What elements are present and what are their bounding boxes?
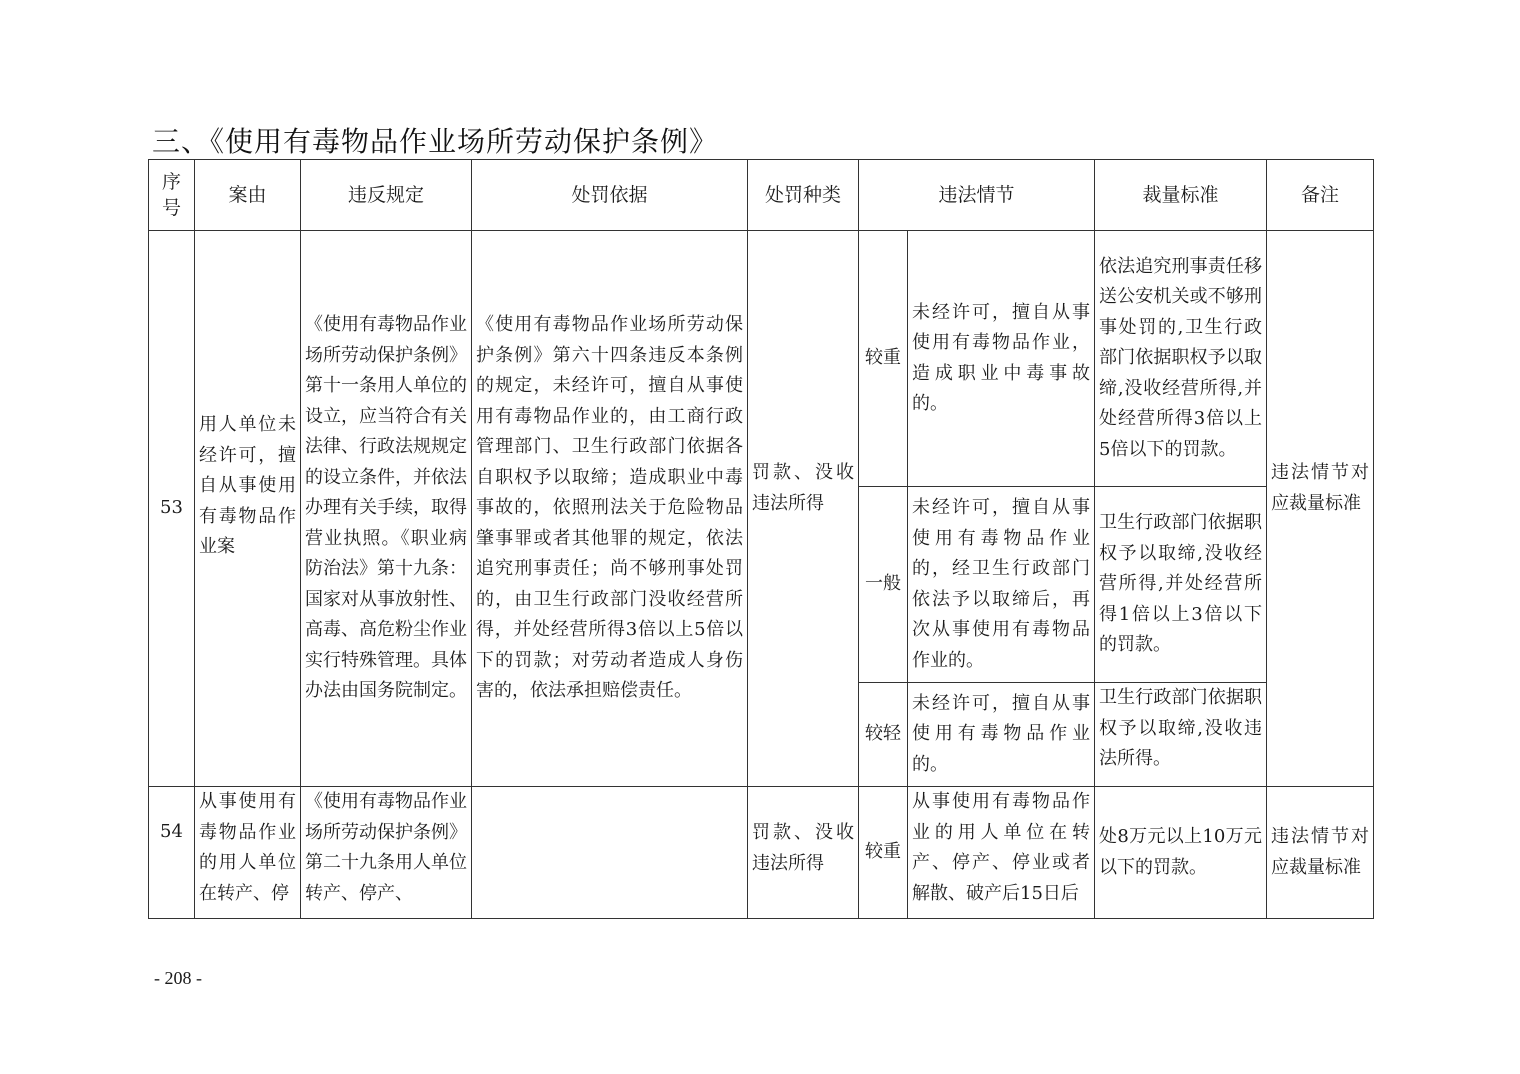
row-violated-rule: 《使用有毒物品作业场所劳动保护条例》第十一条用人单位的设立，应当符合有关法律、行…	[301, 231, 472, 787]
discretion-standards-table: 序号 案由 违反规定 处罚依据 处罚种类 违法情节 裁量标准 备注 53 用人单…	[148, 159, 1374, 919]
remarks-text: 违法情节对应裁量标准	[1271, 458, 1369, 519]
row-seq: 54	[149, 787, 195, 919]
level-standard: 处8万元以上10万元以下的罚款。	[1095, 787, 1267, 919]
level-circumstance: 从事使用有毒物品作业的用人单位在转产、停产、停业或者解散、破产后15日后	[908, 787, 1095, 919]
level-label: 一般	[859, 487, 908, 683]
header-penalty-basis: 处罚依据	[472, 160, 748, 231]
level-circumstance: 未经许可，擅自从事使用有毒物品作业的，经卫生行政部门依法予以取缔后，再次从事使用…	[908, 487, 1095, 683]
header-circumstance: 违法情节	[859, 160, 1095, 231]
level-standard: 卫生行政部门依据职权予以取缔,没收违法所得。	[1095, 683, 1267, 787]
penalty-type-text: 罚款、没收违法所得	[752, 458, 854, 519]
level-label: 较轻	[859, 683, 908, 787]
table-header-row: 序号 案由 违反规定 处罚依据 处罚种类 违法情节 裁量标准 备注	[149, 160, 1374, 231]
header-violated-rule: 违反规定	[301, 160, 472, 231]
row-case: 从事使用有毒物品作业的用人单位在转产、停	[195, 787, 301, 919]
case-text: 用人单位未经许可，擅自从事使用有毒物品作业案	[199, 410, 296, 563]
section-title: 三、《使用有毒物品作业场所劳动保护条例》	[152, 122, 718, 162]
row-violated-rule: 《使用有毒物品作业场所劳动保护条例》第二十九条用人单位转产、停产、	[301, 787, 472, 919]
row-seq: 53	[149, 231, 195, 787]
header-standard: 裁量标准	[1095, 160, 1267, 231]
row-penalty-type: 罚款、没收违法所得	[748, 787, 859, 919]
level-circumstance: 未经许可，擅自从事使用有毒物品作业，造成职业中毒事故的。	[908, 231, 1095, 487]
page-number: - 208 -	[154, 968, 202, 989]
row-case: 用人单位未经许可，擅自从事使用有毒物品作业案	[195, 231, 301, 787]
header-remarks: 备注	[1267, 160, 1374, 231]
level-circumstance: 未经许可，擅自从事使用有毒物品作业的。	[908, 683, 1095, 787]
level-label: 较重	[859, 787, 908, 919]
header-penalty-type: 处罚种类	[748, 160, 859, 231]
row-remarks: 违法情节对应裁量标准	[1267, 231, 1374, 787]
row-penalty-basis	[472, 787, 748, 919]
row-penalty-type: 罚款、没收违法所得	[748, 231, 859, 787]
row-penalty-basis: 《使用有毒物品作业场所劳动保护条例》第六十四条违反本条例的规定，未经许可，擅自从…	[472, 231, 748, 787]
row-remarks: 违法情节对应裁量标准	[1267, 787, 1374, 919]
level-label: 较重	[859, 231, 908, 487]
level-standard: 依法追究刑事责任移送公安机关或不够刑事处罚的,卫生行政部门依据职权予以取缔,没收…	[1095, 231, 1267, 487]
header-seq: 序号	[149, 160, 195, 231]
level-standard: 卫生行政部门依据职权予以取缔,没收经营所得,并处经营所得1倍以上3倍以下的罚款。	[1095, 487, 1267, 683]
header-case: 案由	[195, 160, 301, 231]
table-row: 53 用人单位未经许可，擅自从事使用有毒物品作业案 《使用有毒物品作业场所劳动保…	[149, 231, 1374, 487]
table-row: 54 从事使用有毒物品作业的用人单位在转产、停 《使用有毒物品作业场所劳动保护条…	[149, 787, 1374, 919]
